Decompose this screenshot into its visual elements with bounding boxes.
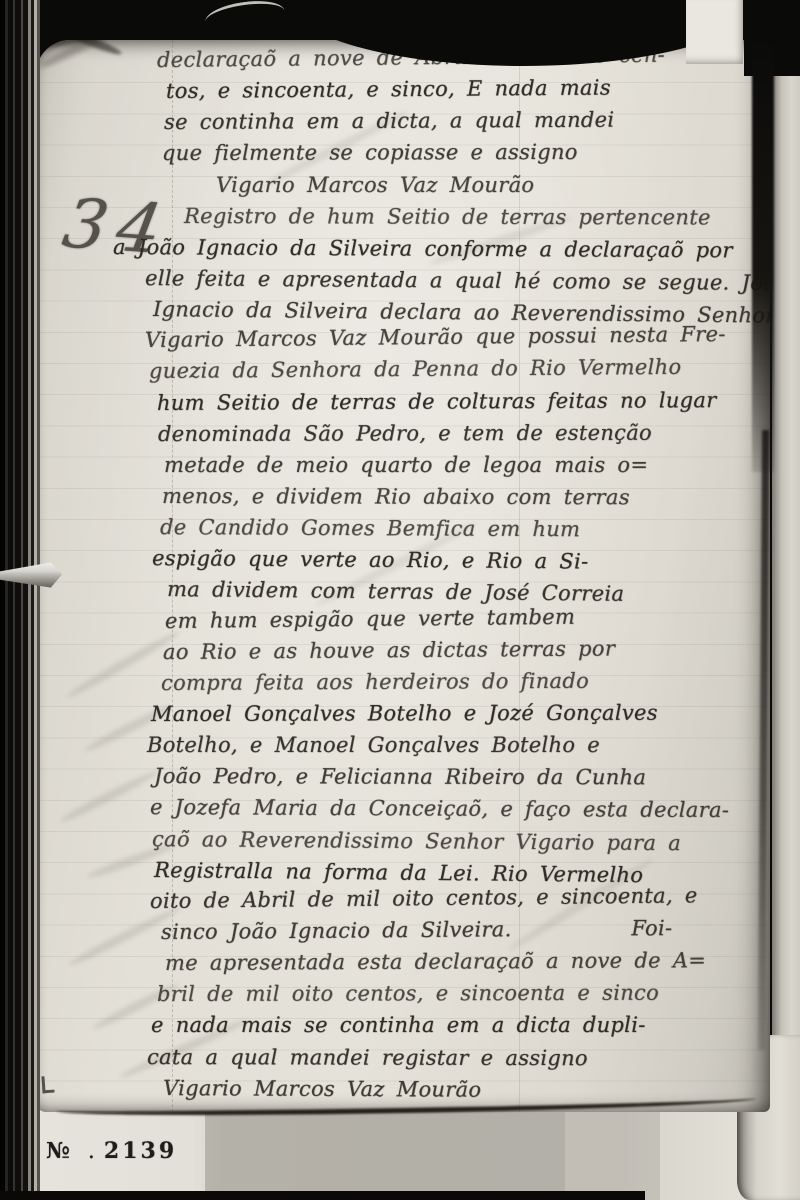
scan-background-bottom-strip xyxy=(0,1191,645,1200)
page-number-stamp: №.2139 xyxy=(46,1138,177,1164)
manuscript-line: Registro de hum Seitio de terras pertenc… xyxy=(184,204,770,237)
manuscript-line: menos, e dividem Rio abaixo com terras xyxy=(162,484,768,517)
manuscript-line: Vigario Marcos Vaz Mourão xyxy=(216,173,770,204)
scan-shadow-band xyxy=(565,1098,660,1200)
numero-symbol: № xyxy=(46,1138,70,1164)
manuscript-line: hum Seitio de terras de colturas feitas … xyxy=(157,387,763,421)
next-page-corner xyxy=(686,0,743,64)
manuscript-line: tos, e sincoenta, e sinco, E nada mais xyxy=(166,74,770,110)
manuscript-line: çaõ ao Reverendissimo Senhor Vigario par… xyxy=(152,827,758,863)
manuscript-line: Botelho, e Manoel Gonçalves Botelho e xyxy=(147,733,753,764)
scanned-ledger-page: №.2139 34 declaraçaõ a nove de Abril de … xyxy=(0,0,800,1200)
manuscript-line: de Candido Gomes Bemfica em hum xyxy=(160,515,766,549)
stray-ink-mark xyxy=(41,1076,54,1094)
manuscript-line: guezia da Senhora da Penna do Rio Vermel… xyxy=(149,355,755,391)
manuscript-line: a João Ignacio da Silveira conforme a de… xyxy=(113,235,719,269)
manuscript-line: Manoel Gonçalves Botelho e Jozé Gonçalve… xyxy=(151,700,757,733)
manuscript-line: ao Rio e as houve as dictas terras por xyxy=(163,635,769,671)
manuscript-line: Vigario Marcos Vaz Mourão que possui nes… xyxy=(145,322,751,359)
manuscript-line: João Pedro, e Felicianna Ribeiro da Cunh… xyxy=(154,764,760,797)
stamp-number: 2139 xyxy=(104,1138,177,1164)
manuscript-line: oito de Abril de mil oito centos, e sinc… xyxy=(150,882,756,919)
manuscript-text-block: declaraçaõ a nove de Abril de mil oito c… xyxy=(162,48,768,1107)
manuscript-line: que fielmente se copiasse e assigno xyxy=(162,140,768,173)
gutter-shadow xyxy=(752,42,774,472)
manuscript-line: e Jozefa Maria da Conceiçaõ, e faço esta… xyxy=(150,795,756,829)
stamp-separator: . xyxy=(88,1139,95,1164)
manuscript-line: denominada São Pedro, e tem de estenção xyxy=(158,420,764,453)
book-binding xyxy=(0,0,40,1200)
manuscript-line: espigão que verte ao Rio, e Rio a Si- xyxy=(152,546,758,582)
manuscript-line: elle feita e apresentada a qual hé como … xyxy=(145,266,751,302)
manuscript-line: se continha em a dicta, a qual mandei xyxy=(164,107,770,141)
manuscript-line: bril de mil oito centos, e sincoenta e s… xyxy=(157,981,763,1014)
manuscript-line: cata a qual mandei registar e assigno xyxy=(147,1045,753,1078)
manuscript-line: compra feita aos herdeiros do finado xyxy=(161,668,767,702)
manuscript-line: sinco João Ignacio da Silveira. Foi- xyxy=(161,915,767,951)
manuscript-line: me apresentada esta declaraçaõ a nove de… xyxy=(165,948,770,982)
manuscript-page: 34 declaraçaõ a nove de Abril de mil oit… xyxy=(36,40,770,1112)
manuscript-line: e nada mais se continha em a dicta dupli… xyxy=(151,1013,757,1044)
manuscript-line: metade de meio quarto de legoa mais o= xyxy=(164,453,770,484)
adjacent-page-edge xyxy=(772,0,800,1200)
manuscript-line: em hum espigão que verte tambem xyxy=(165,602,770,639)
